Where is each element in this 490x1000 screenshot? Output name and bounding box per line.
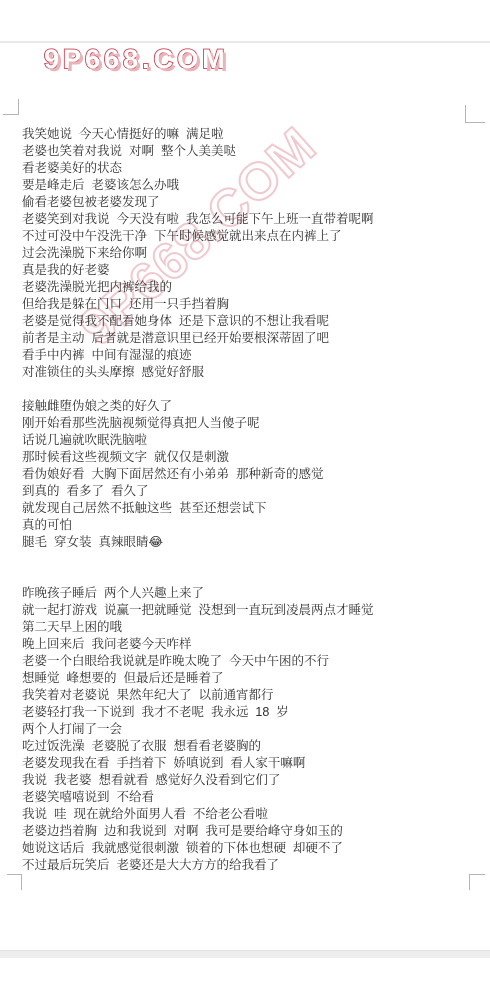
text-line: 真是我的好老婆 <box>22 262 472 279</box>
text-line: 老婆洗澡脱光把内裤给我的 <box>22 279 472 296</box>
text-line: 老婆轻打我一下说到 我才不老呢 我永远 18 岁 <box>22 704 472 721</box>
text-line: 昨晚孩子睡后 两个人兴趣上来了 <box>22 585 472 602</box>
paragraph: 昨晚孩子睡后 两个人兴趣上来了就一起打游戏 说赢一把就睡觉 没想到一直玩到凌晨两… <box>22 585 472 874</box>
text-line: 要是峰走后 老婆该怎么办哦 <box>22 177 472 194</box>
text-line: 不过最后玩笑后 老婆还是大大方方的给我看了 <box>22 857 472 874</box>
text-line: 但给我是躲在门口 还用一只手挡着胸 <box>22 296 472 313</box>
text-line: 吃过饭洗澡 老婆脱了衣服 想看看老婆胸的 <box>22 738 472 755</box>
text-line: 过会洗澡脱下来给你啊 <box>22 245 472 262</box>
text-line: 对准锁住的头头摩擦 感觉好舒服 <box>22 364 472 381</box>
text-line: 老婆一个白眼给我说就是昨晚太晚了 今天中午困的不行 <box>22 653 472 670</box>
text-line: 老婆发现我在看 手挡着下 娇嗔说到 看人家干嘛啊 <box>22 755 472 772</box>
text-line: 真的可怕 <box>22 517 472 534</box>
text-line: 老婆边挡着胸 边和我说到 对啊 我可是要给峰守身如玉的 <box>22 823 472 840</box>
text-line: 第二天早上困的哦 <box>22 619 472 636</box>
text-line: 不过可没中午没洗干净 下午时候感觉就出来点在内裤上了 <box>22 228 472 245</box>
page-divider-bottom <box>0 950 490 958</box>
crop-mark-top-right <box>465 105 485 123</box>
crop-mark-bottom-right <box>469 874 485 890</box>
text-line: 接触雌堕伪娘之类的好久了 <box>22 398 472 415</box>
text-line: 偷看老婆包被老婆发现了 <box>22 194 472 211</box>
text-line: 看伪娘好看 大胸下面居然还有小弟弟 那种新奇的感觉 <box>22 466 472 483</box>
text-line: 我笑她说 今天心情挺好的嘛 满足啦 <box>22 126 472 143</box>
paragraph: 接触雌堕伪娘之类的好久了刚开始看那些洗脑视频觉得真把人当傻子呢话说几遍就吹眠洗脑… <box>22 398 472 551</box>
text-line: 想睡觉 峰想要的 但最后还是睡着了 <box>22 670 472 687</box>
text-line: 话说几遍就吹眠洗脑啦 <box>22 432 472 449</box>
crop-mark-top-left <box>3 99 19 115</box>
document-text: 我笑她说 今天心情挺好的嘛 满足啦老婆也笑着对我说 对啊 整个人美美哒看老婆美好… <box>22 126 472 874</box>
text-line: 就一起打游戏 说赢一把就睡觉 没想到一直玩到凌晨两点才睡觉 <box>22 602 472 619</box>
text-line: 老婆笑嘻嘻说到 不给看 <box>22 789 472 806</box>
site-logo: 9P668.COM <box>44 44 229 75</box>
text-line: 老婆也笑着对我说 对啊 整个人美美哒 <box>22 143 472 160</box>
text-line: 老婆是觉得我不配看她身体 还是下意识的不想让我看呢 <box>22 313 472 330</box>
text-line: 我笑着对老婆说 果然年纪大了 以前通宵都行 <box>22 687 472 704</box>
page-divider-top <box>0 41 490 43</box>
text-line: 前者是主动 后者就是潜意识里已经开始要根深蒂固了吧 <box>22 330 472 347</box>
text-line: 腿毛 穿女装 真辣眼睛😂 <box>22 534 472 551</box>
crop-mark-bottom-left <box>7 874 22 890</box>
text-line: 刚开始看那些洗脑视频觉得真把人当傻子呢 <box>22 415 472 432</box>
text-line: 我说 哇 现在就给外面男人看 不给老公看啦 <box>22 806 472 823</box>
text-line: 两个人打闹了一会 <box>22 721 472 738</box>
text-line: 那时候看这些视频文字 就仅仅是刺激 <box>22 449 472 466</box>
text-line: 晚上回来后 我问老婆今天咋样 <box>22 636 472 653</box>
text-line: 看老婆美好的状态 <box>22 160 472 177</box>
text-line: 老婆笑到对我说 今天没有啦 我怎么可能下午上班一直带着呢啊 <box>22 211 472 228</box>
text-line: 她说这话后 我就感觉很刺激 锁着的下体也想硬 却硬不了 <box>22 840 472 857</box>
text-line: 就发现自己居然不抵触这些 甚至还想尝试下 <box>22 500 472 517</box>
text-line: 到真的 看多了 看久了 <box>22 483 472 500</box>
text-line: 我说 我老婆 想看就看 感觉好久没看到它们了 <box>22 772 472 789</box>
paragraph: 我笑她说 今天心情挺好的嘛 满足啦老婆也笑着对我说 对啊 整个人美美哒看老婆美好… <box>22 126 472 381</box>
text-line: 看手中内裤 中间有湿湿的痕迹 <box>22 347 472 364</box>
